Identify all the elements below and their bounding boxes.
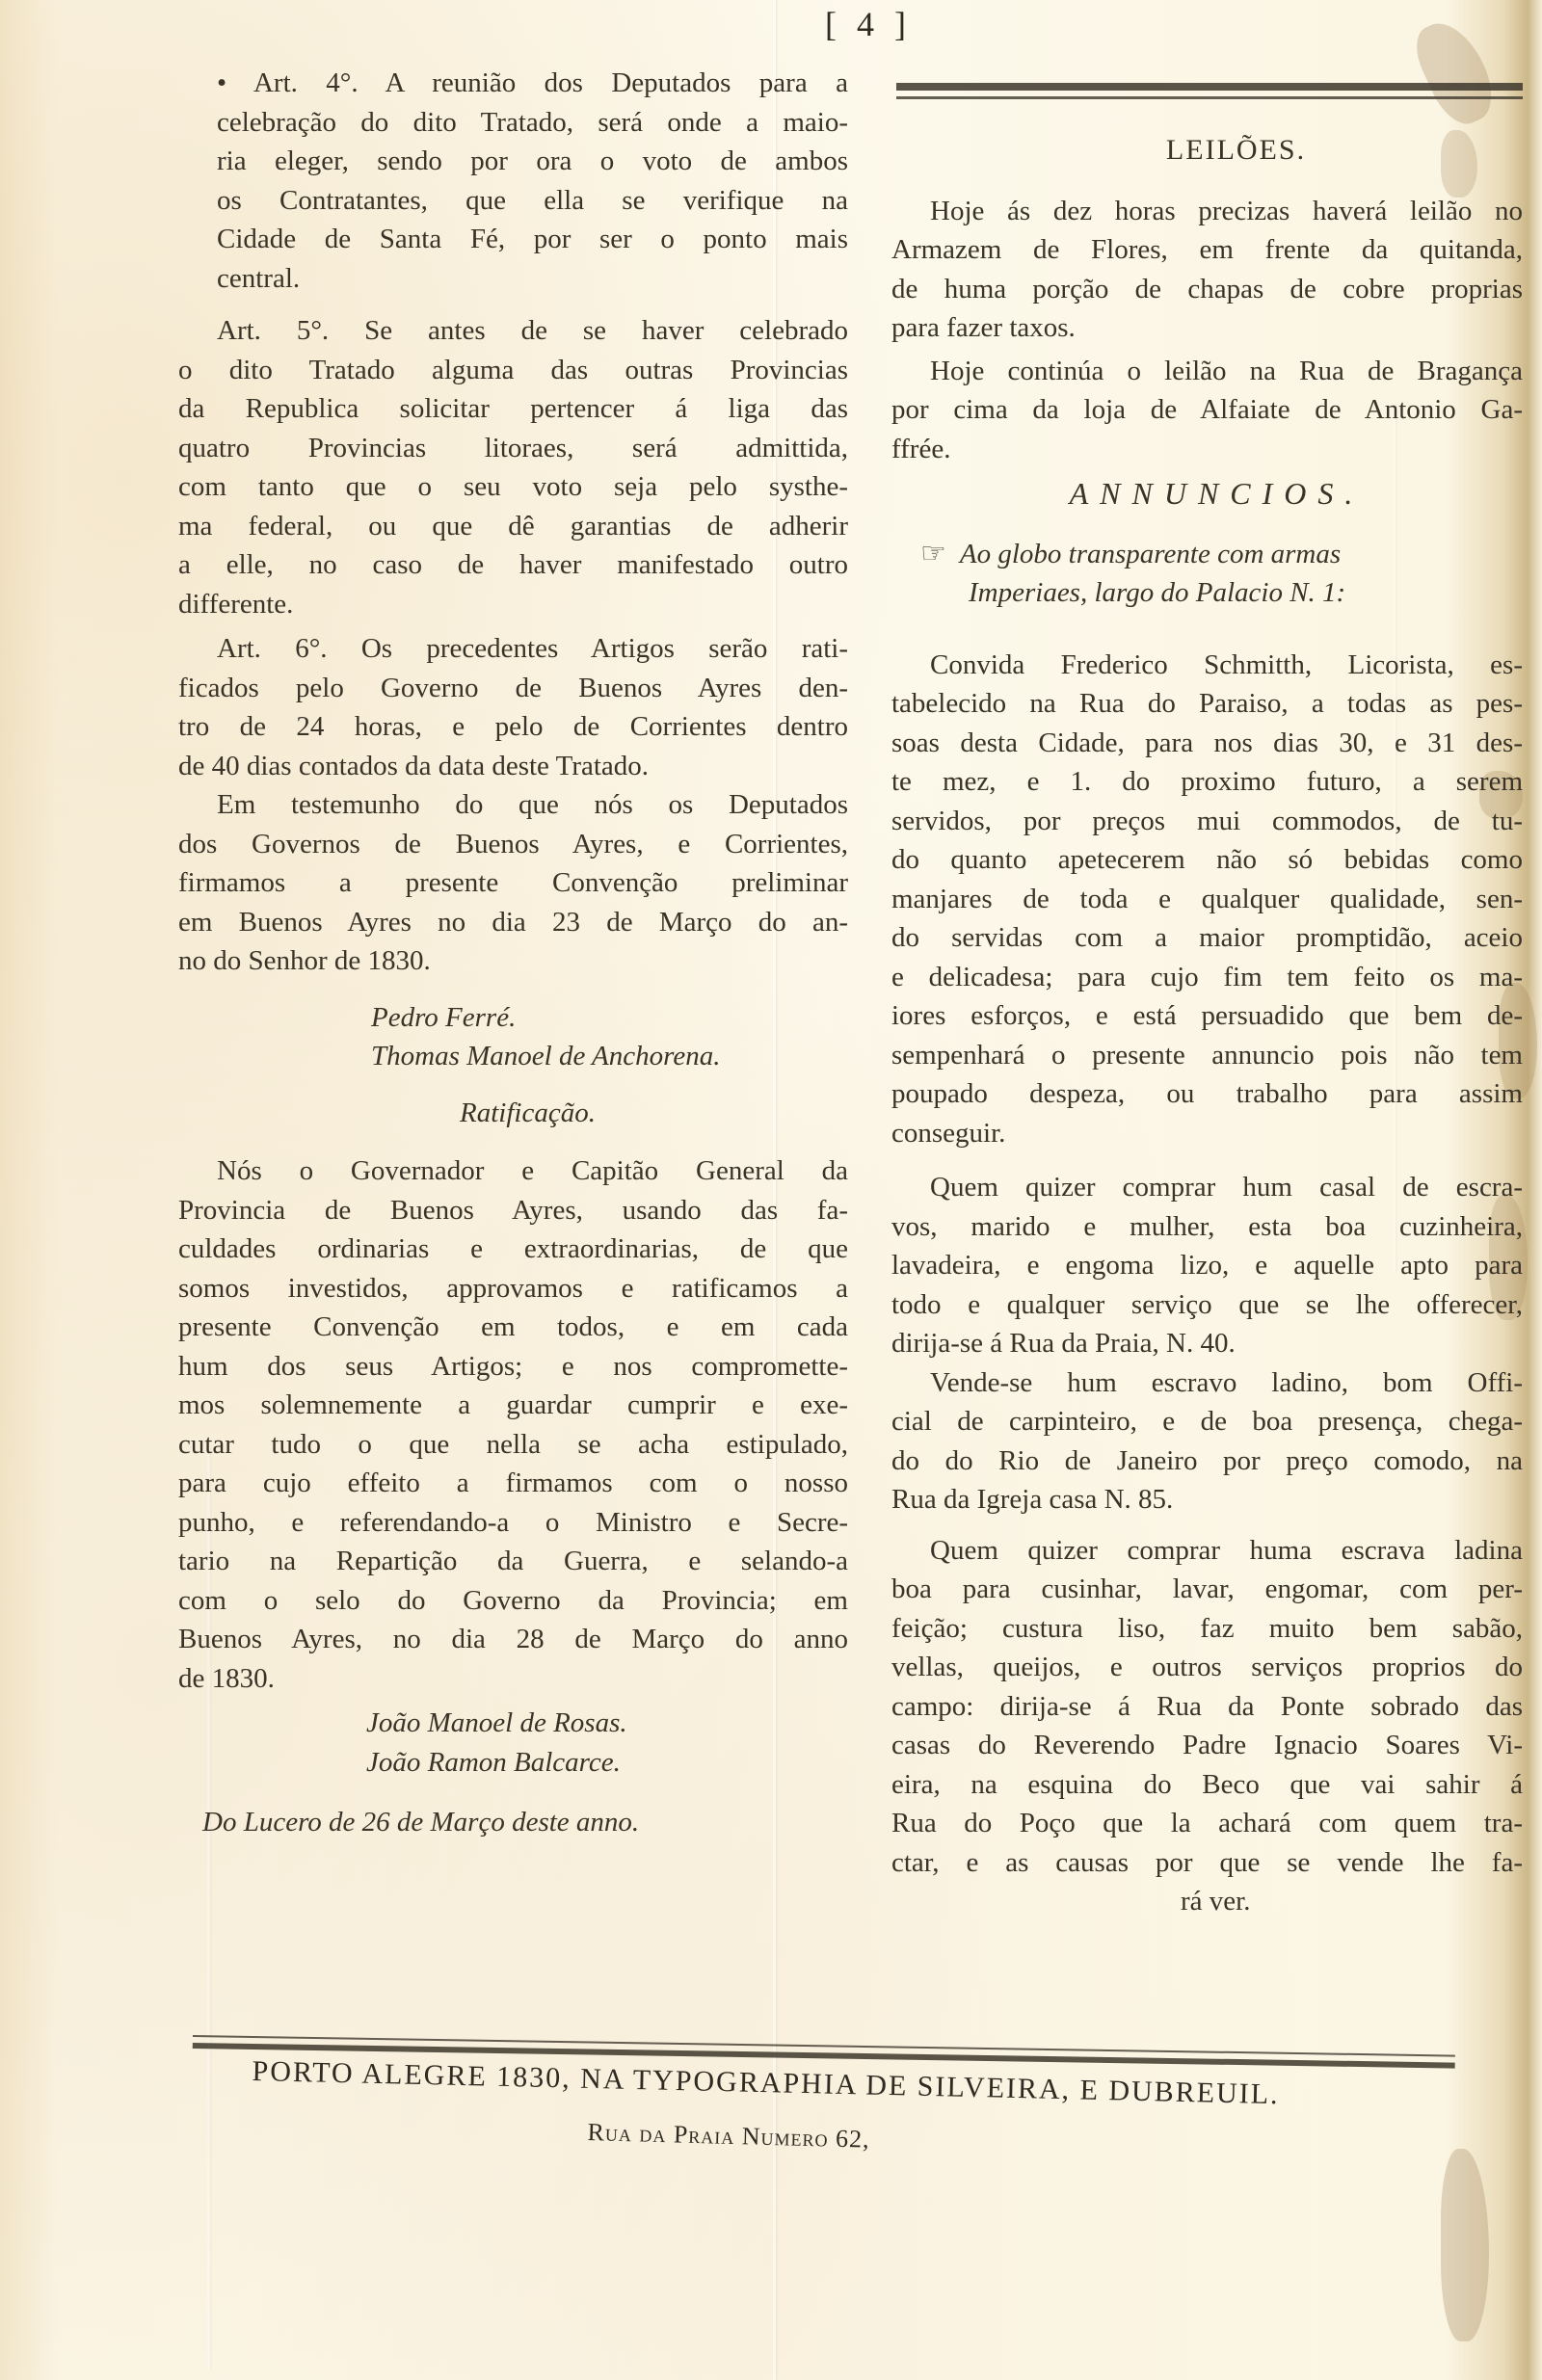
source-attribution: Do Lucero de 26 de Março deste anno.	[178, 1803, 848, 1842]
article-6: Art. 6°. Os precedentes Artigos serão ra…	[178, 629, 848, 785]
article-4: • Art. 4°. A reunião dos Deputados para …	[178, 64, 848, 298]
double-rule	[896, 83, 1523, 106]
escrava-notice: Quem quizer comprar huma escrava ladina …	[891, 1531, 1523, 1921]
right-column: LEILÕES. Hoje ás dez horas precizas have…	[891, 131, 1523, 1921]
left-column: • Art. 4°. A reunião dos Deputados para …	[178, 64, 848, 1842]
vende-escravo-notice: Vende-se hum escravo ladino, bom Offi- c…	[891, 1363, 1523, 1520]
signature-balcarce: João Ramon Balcarce.	[366, 1743, 848, 1783]
ratificacao-paragraph: Nós o Governador e Capitão General da Pr…	[178, 1151, 848, 1698]
globo-notice-heading: ☞Ao globo transparente com armas Imperia…	[891, 535, 1523, 613]
convida-notice: Convida Frederico Schmitth, Licorista, e…	[891, 646, 1523, 1153]
signature-block-1: Pedro Ferré. Thomas Manoel de Anchorena.	[178, 998, 848, 1076]
signature-thomas-anchorena: Thomas Manoel de Anchorena.	[371, 1037, 848, 1076]
page-number: [ 4 ]	[825, 4, 912, 44]
auction-notice-2: Hoje continúa o leilão na Rua de Braganç…	[891, 352, 1523, 469]
auction-notice-1: Hoje ás dez horas precizas haverá leilão…	[891, 192, 1523, 348]
casal-escravos-notice: Quem quizer comprar hum casal de escra- …	[891, 1168, 1523, 1363]
signature-block-2: João Manoel de Rosas. João Ramon Balcarc…	[178, 1704, 848, 1782]
testimony-paragraph: Em testemunho do que nós os Deputados do…	[178, 785, 848, 981]
signature-pedro-ferre: Pedro Ferré.	[371, 998, 848, 1038]
ratificacao-heading: Ratificação.	[178, 1094, 848, 1133]
annuncios-heading: ANNUNCIOS.	[891, 474, 1523, 514]
signature-rosas: João Manoel de Rosas.	[366, 1704, 848, 1743]
pointing-hand-icon: ☞	[920, 538, 946, 569]
leiloes-heading: LEILÕES.	[891, 131, 1523, 171]
article-5: Art. 5°. Se antes de se haver celebrado …	[178, 311, 848, 623]
